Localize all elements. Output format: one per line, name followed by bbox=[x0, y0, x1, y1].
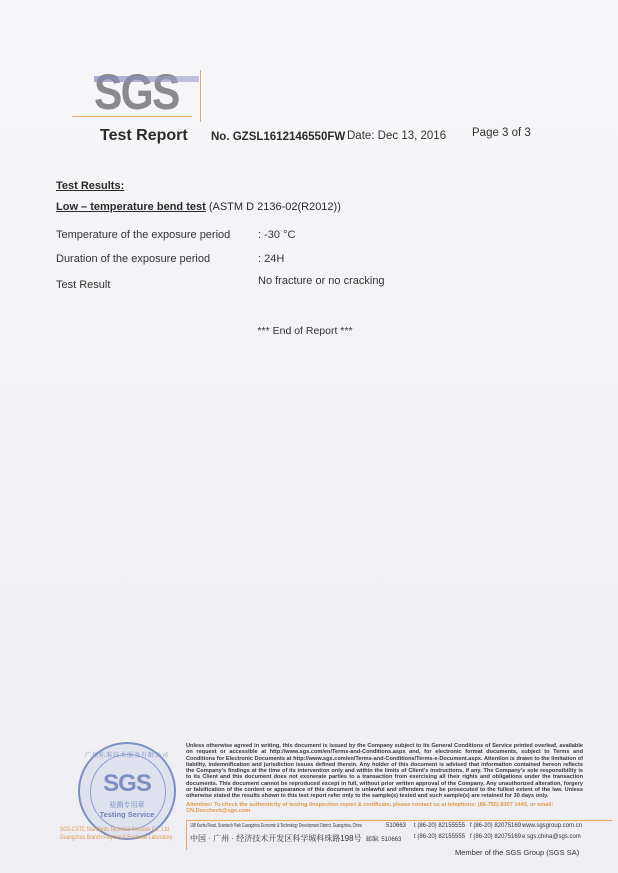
stamp-en-label: Testing Service bbox=[80, 810, 174, 819]
fax: f (86-20) 82075169 bbox=[470, 823, 521, 829]
result-label: Duration of the exposure period bbox=[56, 253, 210, 265]
lab-name-line1: SGS-CSTC Standards Technical Services Co… bbox=[60, 826, 170, 833]
test-name: Low – temperature bend test bbox=[56, 201, 206, 213]
address-en-text: 198 Kezhu Road, Scientech Park Guangzhou… bbox=[190, 823, 362, 829]
result-value: No fracture or no cracking bbox=[258, 275, 385, 287]
postcode-cn: 邮编: 510663 bbox=[366, 834, 401, 843]
authenticity-notice: Attention: To check the authenticity of … bbox=[186, 802, 583, 815]
address-cn: 中国 · 广州 · 经济技术开发区科学城科珠路198号 bbox=[190, 833, 362, 844]
stamp-cn-label: 检测专用章 bbox=[80, 800, 174, 810]
report-title: Test Report bbox=[100, 127, 188, 145]
legal-disclaimer: Unless otherwise agreed in writing, this… bbox=[186, 743, 583, 800]
result-label: Test Result bbox=[56, 279, 110, 291]
test-heading: Low – temperature bend test (ASTM D 2136… bbox=[56, 201, 341, 213]
website-link[interactable]: www.sgsgroup.com.cn bbox=[522, 823, 582, 829]
telephone: t (86-20) 82155555 bbox=[414, 834, 465, 840]
result-value: : 24H bbox=[258, 253, 284, 265]
page-indicator: Page 3 of 3 bbox=[472, 127, 531, 139]
telephone: t (86-20) 82155555 bbox=[414, 823, 465, 829]
email-link[interactable]: e sgs.china@sgs.com bbox=[522, 834, 581, 840]
test-standard: (ASTM D 2136-02(R2012)) bbox=[206, 201, 341, 213]
footer-divider-vertical bbox=[186, 820, 187, 850]
lab-name-line2: Guangzhou Branch Polymer & Footwear Labo… bbox=[60, 834, 172, 841]
member-statement: Member of the SGS Group (SGS SA) bbox=[455, 848, 579, 857]
document-page: SGS Test Report No. GZSL1612146550FW Dat… bbox=[0, 0, 618, 873]
postcode-en: 510663 bbox=[386, 823, 406, 829]
end-marker: *** End of Report *** bbox=[257, 325, 352, 337]
footer-divider bbox=[186, 820, 612, 821]
fax: f (86-20) 82075169 bbox=[470, 834, 521, 840]
logo-band bbox=[94, 76, 199, 82]
section-title: Test Results: bbox=[56, 180, 124, 192]
result-label: Temperature of the exposure period bbox=[56, 229, 230, 241]
stamp-logo: SGS bbox=[80, 770, 174, 798]
result-value: : -30 °C bbox=[258, 229, 295, 241]
logo-divider-horizontal bbox=[72, 116, 192, 117]
sgs-logo: SGS bbox=[72, 60, 194, 120]
stamp-ring-text: 广州标准技术服务有限公司 bbox=[80, 750, 174, 759]
sgs-logo-text: SGS bbox=[94, 67, 179, 117]
logo-divider-vertical bbox=[200, 70, 201, 122]
report-date: Date: Dec 13, 2016 bbox=[347, 130, 446, 142]
report-number: No. GZSL1612146550FW bbox=[211, 131, 345, 143]
end-of-report: *** End of Report *** bbox=[0, 325, 618, 337]
